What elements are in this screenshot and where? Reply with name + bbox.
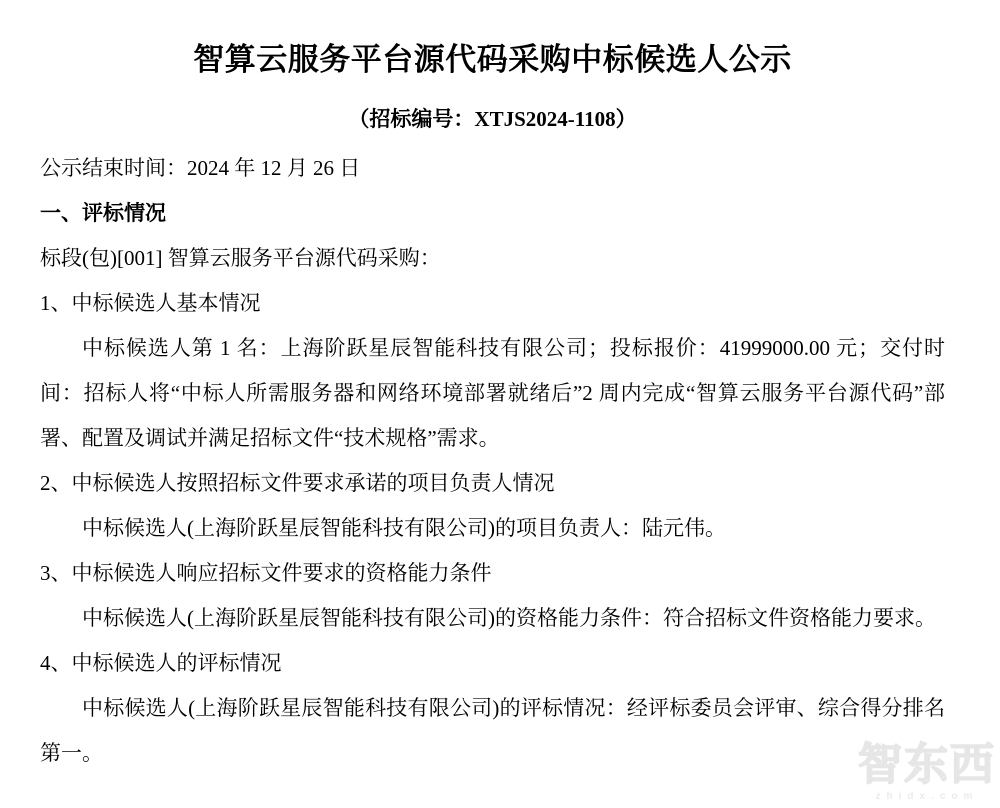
item-3-content: 中标候选人(上海阶跃星辰智能科技有限公司)的资格能力条件：符合招标文件资格能力要… [40, 596, 945, 641]
publicity-end-time: 公示结束时间：2024 年 12 月 26 日 [40, 146, 945, 191]
watermark-site-text: zhidx.com [858, 791, 996, 802]
item-1-heading: 1、中标候选人基本情况 [40, 281, 945, 326]
item-1-content: 中标候选人第 1 名：上海阶跃星辰智能科技有限公司；投标报价：41999000.… [40, 326, 945, 461]
item-3-heading: 3、中标候选人响应招标文件要求的资格能力条件 [40, 551, 945, 596]
item-4-heading: 4、中标候选人的评标情况 [40, 641, 945, 686]
item-2-content: 中标候选人(上海阶跃星辰智能科技有限公司)的项目负责人：陆元伟。 [40, 506, 945, 551]
lot-description: 标段(包)[001] 智算云服务平台源代码采购： [40, 236, 945, 281]
document-subtitle: （招标编号：XTJS2024-1108） [40, 106, 945, 132]
item-4-content: 中标候选人(上海阶跃星辰智能科技有限公司)的评标情况：经评标委员会评审、综合得分… [40, 686, 945, 776]
document-body: 智算云服务平台源代码采购中标候选人公示 （招标编号：XTJS2024-1108）… [0, 0, 1000, 776]
document-title: 智算云服务平台源代码采购中标候选人公示 [40, 40, 945, 80]
section-heading-evaluation: 一、评标情况 [40, 191, 945, 236]
document-page: 智算云服务平台源代码采购中标候选人公示 （招标编号：XTJS2024-1108）… [0, 0, 1000, 808]
item-2-heading: 2、中标候选人按照招标文件要求承诺的项目负责人情况 [40, 461, 945, 506]
